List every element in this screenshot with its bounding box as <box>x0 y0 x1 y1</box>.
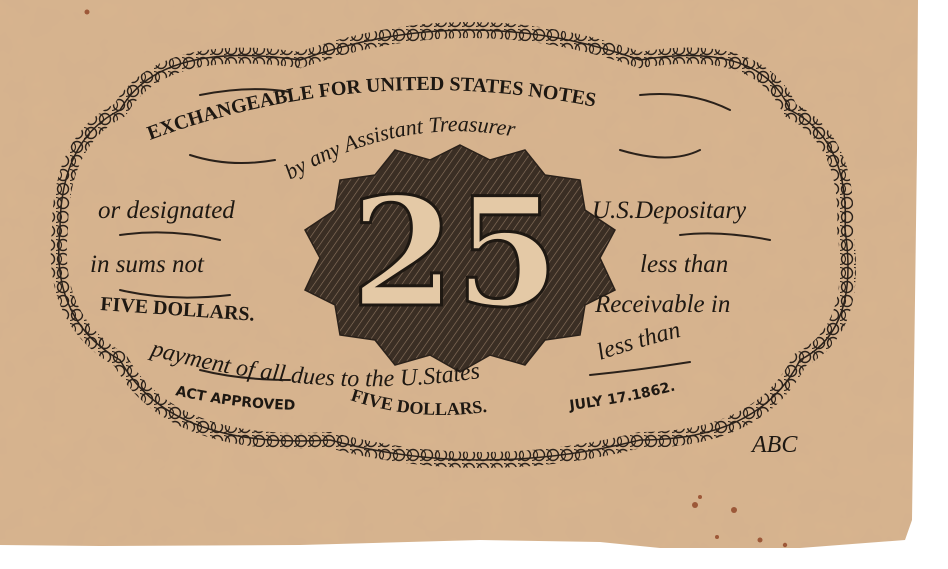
us-depositary-text: U.S.Depositary <box>592 197 747 224</box>
or-designated-text: or designated <box>98 197 235 224</box>
in-sums-not-text: in sums not <box>90 251 205 278</box>
less-than-right-text: less than <box>640 251 728 278</box>
denomination-numeral: 25 <box>351 165 560 341</box>
engraver-monogram: ABC <box>750 432 798 458</box>
fractional-currency-note: 25 EXCHANGEABLE FOR UNITED STATES NOTES … <box>0 0 948 569</box>
receivable-in-text: Receivable in <box>594 291 730 318</box>
